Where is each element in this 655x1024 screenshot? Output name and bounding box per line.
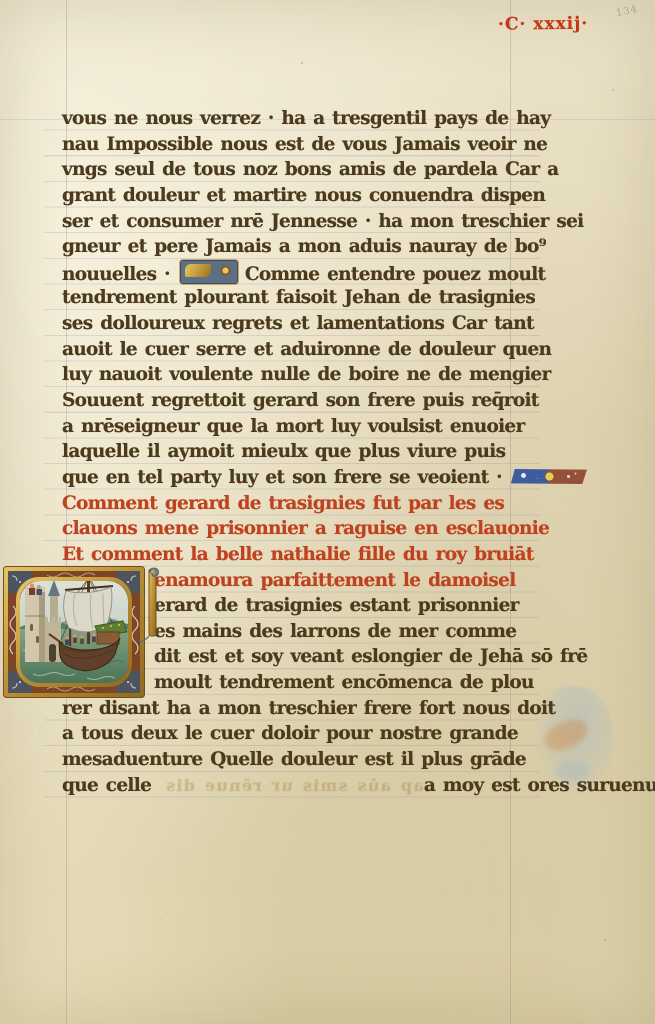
line-filler-ornament [511, 469, 587, 484]
miniature-scene [20, 567, 128, 683]
folio-chapter-label: ·C· xxxij· [498, 13, 608, 34]
text-line: nouuelles ·Comme entendre pouez moult [62, 260, 530, 286]
historiated-initial-miniature [3, 566, 161, 698]
text-line: Et comment la belle nathalie fille du ro… [62, 542, 530, 568]
parchment-specks [0, 0, 2, 2]
text-line: que en tel party luy et son frere se veo… [62, 465, 530, 491]
text-segment: a moy est ores suruenue [424, 773, 655, 799]
text-line: ser et consumer nrē Jennesse · ha mon tr… [62, 209, 530, 235]
miniature-svg [3, 566, 161, 698]
text-line: nau Impossible nous est de vous Jamais v… [62, 132, 530, 158]
text-segment: Comme entendre pouez moult [245, 264, 546, 285]
text-segment: que celle [62, 773, 151, 799]
text-line: enamoura parfaittement le damoisel [154, 568, 530, 594]
text-line: erard de trasignies estant prisonnier [154, 593, 530, 619]
text-line: moult tendrement encōmenca de plou [154, 670, 530, 696]
text-line: tendrement plourant faisoit Jehan de tra… [62, 285, 530, 311]
text-line: mesaduenture Quelle douleur est il plus … [62, 747, 530, 773]
text-line: que celleap aūs smis ur rēnue disa moy e… [62, 773, 530, 799]
text-line: dit est et soy veant eslongier de Jehā s… [154, 644, 530, 670]
text-line: clauons mene prisonnier a raguise en esc… [62, 516, 530, 542]
text-line: a nrēseigneur que la mort luy voulsist e… [62, 414, 530, 440]
manuscript-page: ·C· xxxij· 134 vous ne nous verrez · ha … [0, 0, 655, 1024]
inline-initial-ornament [180, 260, 238, 284]
text-segment: nouuelles · [62, 264, 170, 285]
text-line: rer disant ha a mon treschier frere fort… [62, 696, 530, 722]
text-line: grant douleur et martire nous conuendra … [62, 183, 530, 209]
text-line: a tous deux le cuer doloir pour nostre g… [62, 721, 530, 747]
text-line: ses dolloureux regrets et lamentations C… [62, 311, 530, 337]
text-segment: que en tel party luy et son frere se veo… [62, 467, 502, 488]
text-line: Souuent regrettoit gerard son frere puis… [62, 388, 530, 414]
text-line: vous ne nous verrez · ha a tresgentil pa… [62, 106, 530, 132]
text-line: laquelle il aymoit mieulx que plus viure… [62, 439, 530, 465]
pencil-folio-number: 134 [615, 4, 639, 19]
tower [25, 580, 61, 662]
text-line: auoit le cuer serre et aduironne de doul… [62, 337, 530, 363]
text-line: gneur et pere Jamais a mon aduis nauray … [62, 234, 530, 260]
text-line: luy nauoit voulente nulle de boire ne de… [62, 362, 530, 388]
text-line: es mains des larrons de mer comme [154, 619, 530, 645]
text-line: vngs seul de tous noz bons amis de parde… [62, 157, 530, 183]
ghost-offset-text: ap aūs smis ur rēnue dis [165, 773, 424, 799]
text-line: Comment gerard de trasignies fut par les… [62, 491, 530, 517]
